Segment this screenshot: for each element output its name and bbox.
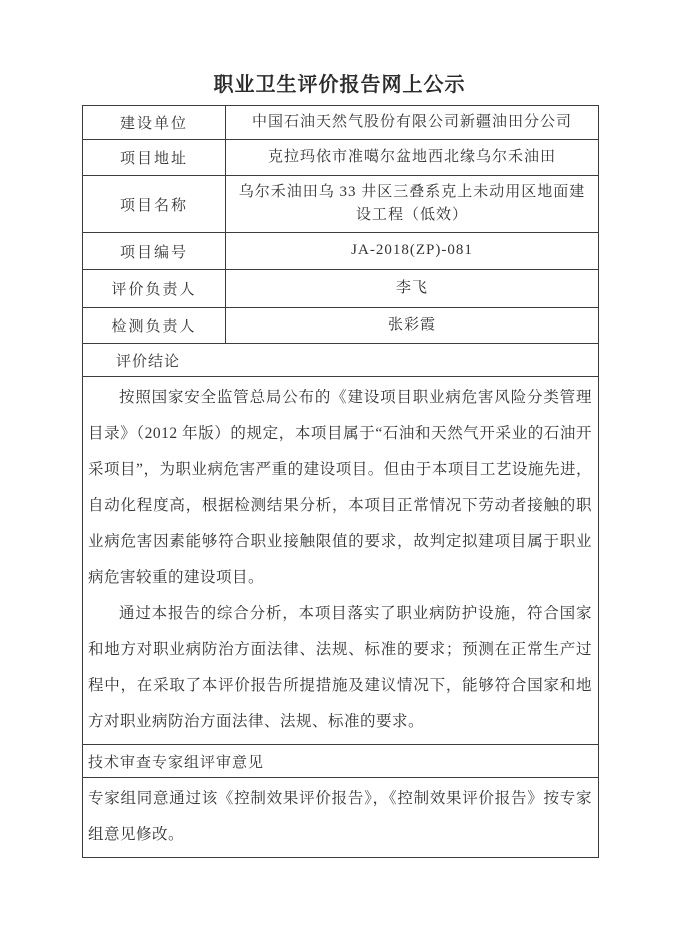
- row-value-evaluation-lead: 李飞: [226, 270, 599, 308]
- table-row: 检测负责人 张彩霞: [83, 308, 599, 344]
- table-row: 项目编号 JA-2018(ZP)-081: [83, 233, 599, 270]
- row-label-project-number: 项目编号: [83, 233, 226, 270]
- expert-opinion-text: 专家组同意通过该《控制效果评价报告》，《控制效果评价报告》按专家组意见修改。: [88, 781, 592, 853]
- report-table: 建设单位 中国石油天然气股份有限公司新疆油田分公司 项目地址 克拉玛依市准噶尔盆…: [82, 105, 599, 858]
- table-row: 按照国家安全监管总局公布的《建设项目职业病危害风险分类管理目录》（2012 年版…: [83, 377, 599, 745]
- row-label-project-name: 项目名称: [83, 176, 226, 233]
- conclusion-paragraph-1: 按照国家安全监管总局公布的《建设项目职业病危害风险分类管理目录》（2012 年版…: [88, 380, 592, 596]
- row-value-project-address: 克拉玛依市准噶尔盆地西北缘乌尔禾油田: [226, 140, 599, 176]
- row-value-construction-unit: 中国石油天然气股份有限公司新疆油田分公司: [226, 106, 599, 140]
- row-label-testing-lead: 检测负责人: [83, 308, 226, 344]
- row-label-project-address: 项目地址: [83, 140, 226, 176]
- row-label-evaluation-lead: 评价负责人: [83, 270, 226, 308]
- conclusion-paragraph-2: 通过本报告的综合分析，本项目落实了职业病防护设施，符合国家和地方对职业病防治方面…: [88, 596, 592, 740]
- table-row: 专家组同意通过该《控制效果评价报告》，《控制效果评价报告》按专家组意见修改。: [83, 778, 599, 858]
- table-row: 建设单位 中国石油天然气股份有限公司新疆油田分公司: [83, 106, 599, 140]
- page-title: 职业卫生评价报告网上公示: [0, 72, 679, 98]
- table-row: 评价结论: [83, 344, 599, 377]
- document-page: 职业卫生评价报告网上公示 建设单位 中国石油天然气股份有限公司新疆油田分公司 项…: [0, 0, 679, 947]
- expert-opinion-cell: 专家组同意通过该《控制效果评价报告》，《控制效果评价报告》按专家组意见修改。: [83, 778, 599, 858]
- conclusion-text-cell: 按照国家安全监管总局公布的《建设项目职业病危害风险分类管理目录》（2012 年版…: [83, 377, 599, 745]
- table-row: 项目名称 乌尔禾油田乌 33 井区三叠系克上未动用区地面建设工程（低效）: [83, 176, 599, 233]
- table-row: 技术审查专家组评审意见: [83, 745, 599, 778]
- row-value-project-number: JA-2018(ZP)-081: [226, 233, 599, 270]
- table-row: 评价负责人 李飞: [83, 270, 599, 308]
- section-header-expert-review: 技术审查专家组评审意见: [83, 745, 599, 778]
- row-label-construction-unit: 建设单位: [83, 106, 226, 140]
- row-value-project-name: 乌尔禾油田乌 33 井区三叠系克上未动用区地面建设工程（低效）: [226, 176, 599, 233]
- section-header-conclusion: 评价结论: [83, 344, 599, 377]
- table-row: 项目地址 克拉玛依市准噶尔盆地西北缘乌尔禾油田: [83, 140, 599, 176]
- row-value-testing-lead: 张彩霞: [226, 308, 599, 344]
